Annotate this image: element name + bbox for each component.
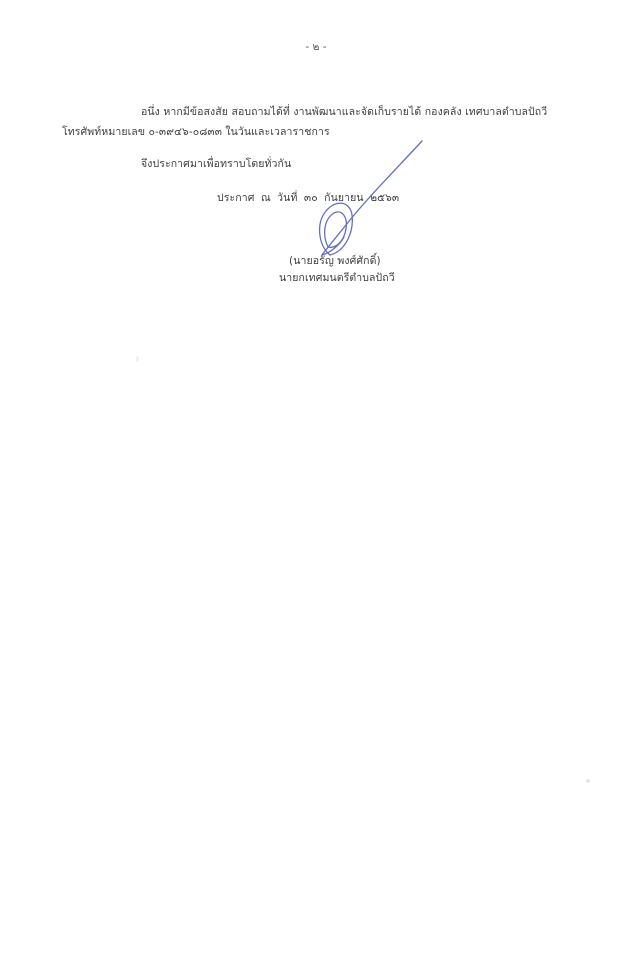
closing-statement: จึงประกาศมาเพื่อทราบโดยทั่วกัน <box>141 157 291 171</box>
scan-artifact <box>136 356 139 362</box>
announcement-date: ประกาศ ณ วันที่ ๓๐ กันยายน ๒๕๖๓ <box>217 191 399 205</box>
paragraph-line-1: อนึ่ง หากมีข้อสงสัย สอบถามได้ที่ งานพัฒน… <box>141 105 547 119</box>
signer-name: (นายอรัญ พงศ์ศักดิ์) <box>289 254 381 268</box>
page-number: - ๒ - <box>0 38 632 55</box>
paragraph-line-2: โทรศัพท์หมายเลข ๐-๓๙๔๖-๐๘๓๓ ในวันและเวลา… <box>62 125 330 139</box>
document-page: - ๒ - อนึ่ง หากมีข้อสงสัย สอบถามได้ที่ ง… <box>0 0 632 960</box>
scan-artifact <box>586 779 590 783</box>
signer-title: นายกเทศมนตรีตำบลปัถวี <box>279 271 395 285</box>
